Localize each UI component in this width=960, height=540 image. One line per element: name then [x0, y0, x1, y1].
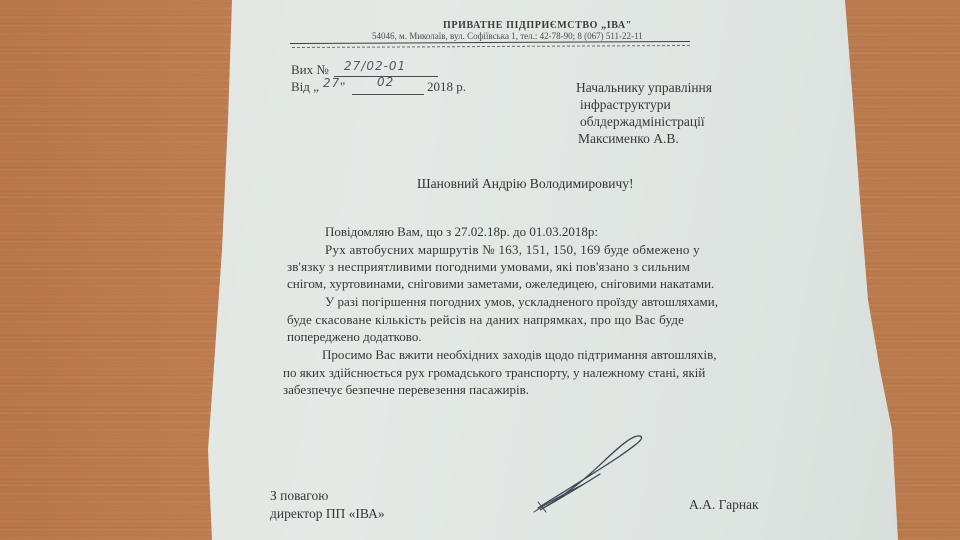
body-line: попереджено додатково.: [287, 329, 422, 345]
company-address: 54046, м. Миколаїв, вул. Софіївська 1, т…: [372, 31, 643, 41]
recipient-line: Максименко А.В.: [578, 131, 679, 147]
body-line: буде скасоване кількість рейсів на даних…: [287, 312, 684, 328]
signer-name: А.А. Гарнак: [689, 497, 759, 513]
body-line: зв'язку з несприятливими погодними умова…: [287, 259, 690, 275]
body-line: Просимо Вас вжити необхідних заходів щод…: [322, 347, 716, 363]
date-year: 2018 р.: [427, 79, 466, 95]
salutation: Шановний Андрію Володимировичу!: [417, 176, 633, 192]
date-month: 02: [377, 75, 394, 89]
recipient-line: Начальнику управління: [576, 80, 712, 96]
company-name: ПРИВАТНЕ ПІДПРИЄМСТВО „ІВА": [443, 20, 632, 31]
handwritten-signature: [530, 432, 650, 517]
recipient-line: інфраструктури: [580, 97, 671, 113]
body-line: снігом, хуртовинами, сніговими заметами,…: [287, 276, 714, 292]
body-line: У разі погіршення погодних умов, ускладн…: [325, 294, 718, 310]
date-month-underline: [352, 94, 424, 95]
outgoing-number-value: 27/02-01: [344, 59, 406, 73]
body-line: забезпечує безпечне перевезення пасажирі…: [283, 382, 529, 398]
body-line: по яких здійснюється рух громадського тр…: [283, 365, 705, 381]
date-label: Від „: [291, 79, 319, 95]
body-line: Повідомляю Вам, що з 27.02.18р. до 01.03…: [325, 224, 598, 240]
letterhead-dashed-rule: [292, 45, 690, 48]
signer-position: директор ПП «ІВА»: [270, 506, 385, 522]
date-quote-close: ": [340, 79, 345, 95]
closing-phrase: З повагою: [270, 488, 328, 504]
date-day: 27: [323, 76, 340, 90]
letter-document: ПРИВАТНЕ ПІДПРИЄМСТВО „ІВА" 54046, м. Ми…: [0, 0, 960, 540]
body-line: Рух автобусних маршрутів № 163, 151, 150…: [325, 242, 700, 258]
letterhead-rule: [290, 41, 690, 44]
recipient-line: облдержадміністрації: [580, 114, 705, 130]
